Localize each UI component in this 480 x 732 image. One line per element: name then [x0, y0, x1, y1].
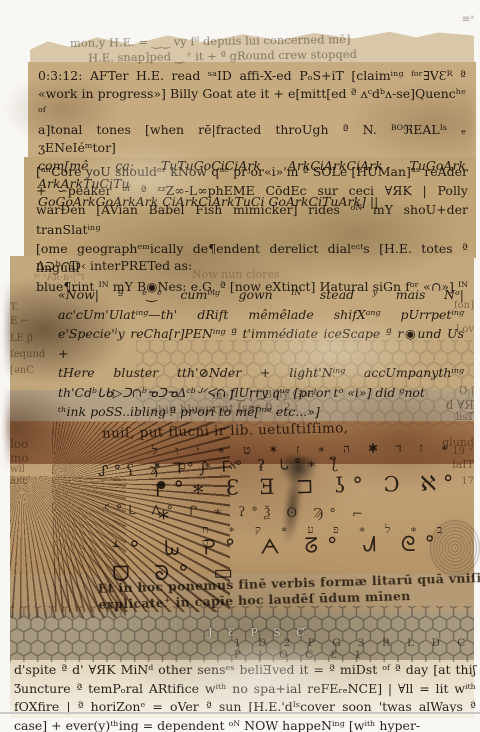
passage-line: «work in progress»] Billy Goat ate it + … — [38, 85, 466, 121]
quote-line: ac'cUm'Ulatⁱⁿᵍ—th' dRift mêmêlade shifXᵃ… — [58, 305, 464, 325]
passage-line: 0:3:12: AFTer H.E. read ˢᵃID affi-X-ed P… — [38, 67, 466, 85]
quote-line: e'Specie'ˡy reCha[r]PENⁱⁿᵍ ª t'immédiate… — [58, 324, 464, 363]
quote-line: «Now| ª ᵉ‿ᵉ cumⁱⁿᵍ gown ᴵᴺ stead ʸ mais … — [58, 285, 464, 305]
ghost-fragment: Now nun clores — [192, 268, 280, 281]
edge-fragment-left: E ⌐ — [10, 316, 29, 327]
edge-fragment-right: laIT — [452, 458, 474, 471]
edge-fragment-right: lisT — [456, 412, 474, 423]
passage-line: warÐen [AVian Babel Fish mimicker] rides… — [36, 200, 468, 238]
ghost-header-lines: mon‚y H.E. = ‿‿ vy fᵈ depuis lui concern… — [70, 32, 357, 66]
edge-fragment-left: mo — [10, 451, 29, 465]
edge-fragment-right: Lov — [456, 324, 474, 335]
scan-shadow-line — [0, 712, 480, 714]
edge-fragment-left: [ǝnC — [10, 365, 34, 376]
edge-fragment-right: Ʊ | — [459, 386, 474, 397]
scanned-collage-page: mon‚y H.E. = ‿‿ vy fᵈ depuis lui concern… — [0, 0, 480, 732]
edge-fragment-left: ſeqund — [10, 349, 45, 360]
stamped-letters-dark: 1 D 2 P G 3 R L D C P | O C Ɛ 1 — [234, 637, 474, 661]
edge-fragment-left: T. — [10, 302, 18, 313]
edge-fragment-left: loo — [10, 437, 28, 451]
passage-line: Ʒuncture ª temPₒral ARtifice wⁱᵗʰ no spa… — [14, 680, 476, 699]
edge-fragment-left: LE ʃi — [10, 333, 33, 344]
passage-line: d'spite ª d' ∀ЯK MiNᵈ other sensᵉˢ beliƎ… — [14, 661, 476, 680]
passage-line: a]tonal tones [when rē|fracted throUgh ª… — [38, 121, 466, 157]
passage-line: [ᵃⁿCore yoU shouldᵉʳ kNow qᵘᵉ prʲor«i»'m… — [36, 162, 468, 181]
passage-line: + ∽peaker ᵒᶠ ª ᶻᶻZ∞-L∞phEME CōdEc sur ce… — [36, 181, 468, 200]
edge-fragment-right: d ∀Я — [446, 398, 474, 412]
interpreted-as-line: Δ⊃ᵇ∩Ɗ‹ interPRETed as: — [36, 258, 192, 273]
mirrored-ghost-fragment: ɾʰ|-a-ᴙAˢ ⁱᵈ — [34, 271, 85, 284]
edge-fragment-left: wil — [10, 464, 25, 475]
edge-fragment-left: anc — [10, 476, 28, 487]
passage-line: case] + ever(y)ᵗʰing = dependent ᵒᴺ NOW … — [14, 717, 476, 732]
quote-line: tHere bluster tth'⊘Nder + light'Nⁱⁿᵍ acc… — [58, 363, 464, 383]
closing-passage: d'spite ª d' ∀ЯK MiNᵈ other sensᵉˢ beliƎ… — [14, 661, 476, 732]
edge-fragment-right: ≡ᵃ — [462, 14, 474, 25]
edge-fragment-right: 17 — [461, 476, 474, 487]
collage-artwork: mon‚y H.E. = ‿‿ vy fᵈ depuis lui concern… — [6, 6, 474, 716]
edge-fragment-right: 19 ʷ — [452, 446, 474, 457]
edge-fragment-right: fon] — [454, 300, 474, 311]
